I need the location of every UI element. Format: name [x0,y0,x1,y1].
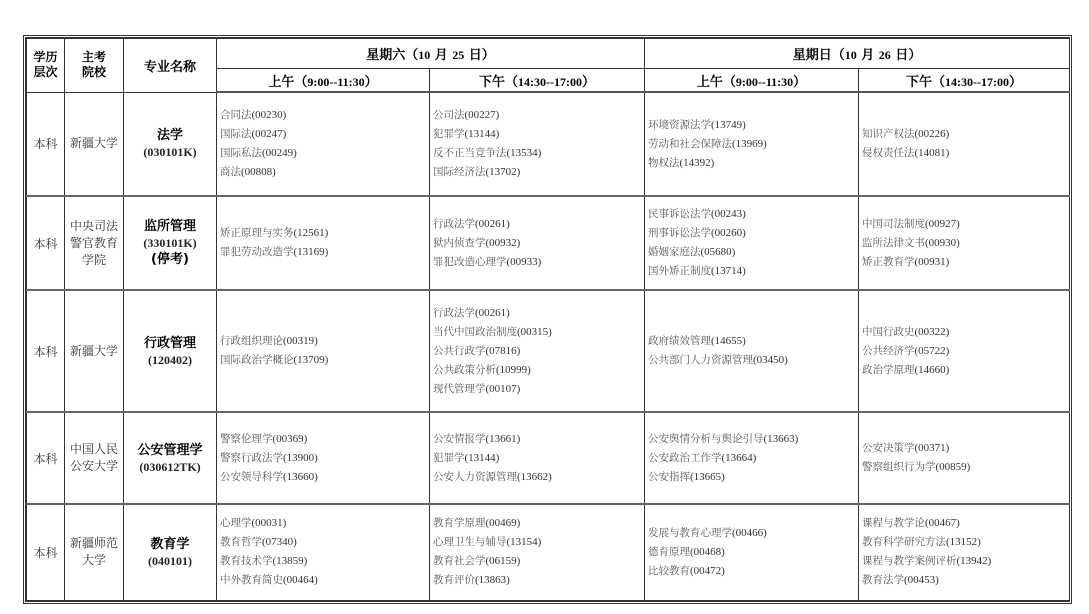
course-item: 公共经济学(05722) [862,342,1065,361]
course-item: 行政组织理论(00319) [220,332,425,351]
course-item: 中国司法制度(00927) [862,215,1065,234]
course-item: 民事诉讼法学(00243) [648,205,854,224]
sat-afternoon-courses: 教育学原理(00469) 心理卫生与辅导(13154) 教育社会学(06159)… [430,504,645,600]
sat-morning-courses: 合同法(00230) 国际法(00247) 国际私法(00249) 商法(008… [217,92,430,196]
course-item: 侵权责任法(14081) [862,144,1065,163]
course-item: 环境资源法学(13749) [648,116,854,135]
header-school: 主考 院校 [65,39,124,93]
course-item: 教育哲学(07340) [220,533,425,552]
course-item: 比较教育(00472) [648,562,854,581]
course-item: 国际经济法(13702) [433,163,640,182]
school-cell: 新疆大学 [65,290,124,412]
course-item: 国外矫正制度(13714) [648,262,854,281]
course-item: 矫正教育学(00931) [862,253,1065,272]
major-cell: 教育学 (040101) [124,504,217,600]
major-code: (030612TK) [124,459,216,475]
sun-afternoon-courses: 中国司法制度(00927) 监所法律文书(00930) 矫正教育学(00931) [859,196,1070,290]
level-cell: 本科 [27,412,65,504]
course-item: 公安舆情分析与舆论引导(13663) [648,430,854,449]
sat-morning-courses: 矫正原理与实务(12561) 罪犯劳动改造学(13169) [217,196,430,290]
course-item: 教育科学研究方法(13152) [862,533,1065,552]
course-item: 刑事诉讼法学(00260) [648,224,854,243]
course-item: 心理卫生与辅导(13154) [433,533,640,552]
header-sun-morning: 上午（9:00--11:30） [645,69,859,93]
major-cell: 行政管理 (120402) [124,290,217,412]
major-cell: 监所管理 (330101K) (停考) [124,196,217,290]
course-item: 罪犯改造心理学(00933) [433,253,640,272]
course-item: 政府绩效管理(14655) [648,332,854,351]
course-item: 国际私法(00249) [220,144,425,163]
header-sat-morning: 上午（9:00--11:30） [217,69,430,93]
course-item: 课程与教学论(00467) [862,514,1065,533]
sun-afternoon-courses: 中国行政史(00322) 公共经济学(05722) 政治学原理(14660) [859,290,1070,412]
course-item: 公安指挥(13665) [648,468,854,487]
course-item: 合同法(00230) [220,106,425,125]
course-item: 反不正当竞争法(13534) [433,144,640,163]
course-item: 当代中国政治制度(00315) [433,323,640,342]
sun-afternoon-courses: 知识产权法(00226) 侵权责任法(14081) [859,92,1070,196]
course-item: 心理学(00031) [220,514,425,533]
sat-morning-courses: 警察伦理学(00369) 警察行政法学(13900) 公安领导科学(13660) [217,412,430,504]
table-row: 本科 新疆师范 大学 教育学 (040101) 心理学(00031) 教育哲学(… [27,504,1070,600]
course-item: 物权法(14392) [648,154,854,173]
course-item: 警察行政法学(13900) [220,449,425,468]
sun-morning-courses: 环境资源法学(13749) 劳动和社会保障法(13969) 物权法(14392) [645,92,859,196]
course-item: 公安决策学(00371) [862,439,1065,458]
major-name: 监所管理 [124,218,216,235]
course-item: 矫正原理与实务(12561) [220,224,425,243]
course-item: 公安人力资源管理(13662) [433,468,640,487]
course-item: 知识产权法(00226) [862,125,1065,144]
course-item: 公安领导科学(13660) [220,468,425,487]
sat-afternoon-courses: 行政法学(00261) 当代中国政治制度(00315) 公共行政学(07816)… [430,290,645,412]
table-row: 本科 新疆大学 法学 (030101K) 合同法(00230) 国际法(0024… [27,92,1070,196]
major-code: (120402) [124,352,216,368]
course-item: 犯罪学(13144) [433,449,640,468]
course-item: 行政法学(00261) [433,215,640,234]
course-item: 监所法律文书(00930) [862,234,1065,253]
sat-morning-courses: 行政组织理论(00319) 国际政治学概论(13709) [217,290,430,412]
sun-morning-courses: 民事诉讼法学(00243) 刑事诉讼法学(00260) 婚姻家庭法(05680)… [645,196,859,290]
course-item: 公共行政学(07816) [433,342,640,361]
sun-afternoon-courses: 课程与教学论(00467) 教育科学研究方法(13152) 课程与教学案例评析(… [859,504,1070,600]
course-item: 课程与教学案例评析(13942) [862,552,1065,571]
header-level: 学历 层次 [27,39,65,93]
sat-afternoon-courses: 公司法(00227) 犯罪学(13144) 反不正当竞争法(13534) 国际经… [430,92,645,196]
major-cell: 公安管理学 (030612TK) [124,412,217,504]
header-day-sunday: 星期日（10 月 26 日） [645,39,1070,69]
major-code: (030101K) [124,144,216,160]
school-cell: 新疆师范 大学 [65,504,124,600]
header-major: 专业名称 [124,39,217,93]
schedule-body: 本科 新疆大学 法学 (030101K) 合同法(00230) 国际法(0024… [27,92,1070,600]
level-cell: 本科 [27,92,65,196]
table-row: 本科 新疆大学 行政管理 (120402) 行政组织理论(00319) 国际政治… [27,290,1070,412]
course-item: 公共政策分析(10999) [433,361,640,380]
course-item: 劳动和社会保障法(13969) [648,135,854,154]
header-day-saturday: 星期六（10 月 25 日） [217,39,645,69]
course-item: 教育法学(00453) [862,571,1065,590]
course-item: 教育技术学(13859) [220,552,425,571]
course-item: 公安政治工作学(13664) [648,449,854,468]
course-item: 商法(00808) [220,163,425,182]
sat-afternoon-courses: 行政法学(00261) 狱内侦查学(00932) 罪犯改造心理学(00933) [430,196,645,290]
course-item: 公共部门人力资源管理(03450) [648,351,854,370]
school-cell: 中国人民 公安大学 [65,412,124,504]
major-name: 法学 [124,127,216,144]
sun-morning-courses: 公安舆情分析与舆论引导(13663) 公安政治工作学(13664) 公安指挥(1… [645,412,859,504]
course-item: 发展与教育心理学(00466) [648,524,854,543]
major-name: 行政管理 [124,335,216,352]
school-cell: 新疆大学 [65,92,124,196]
major-cell: 法学 (030101K) [124,92,217,196]
exam-schedule-table-wrapper: 学历 层次 主考 院校 专业名称 星期六（10 月 25 日） 星期日（10 月… [23,35,1072,604]
sun-morning-courses: 政府绩效管理(14655) 公共部门人力资源管理(03450) [645,290,859,412]
course-item: 公安情报学(13661) [433,430,640,449]
course-item: 婚姻家庭法(05680) [648,243,854,262]
major-name: 教育学 [124,536,216,553]
course-item: 现代管理学(00107) [433,380,640,399]
major-note: (停考) [124,251,216,268]
school-cell: 中央司法 警官教育 学院 [65,196,124,290]
course-item: 国际政治学概论(13709) [220,351,425,370]
course-item: 教育评价(13863) [433,571,640,590]
course-item: 公司法(00227) [433,106,640,125]
sat-morning-courses: 心理学(00031) 教育哲学(07340) 教育技术学(13859) 中外教育… [217,504,430,600]
course-item: 德育原理(00468) [648,543,854,562]
table-row: 本科 中国人民 公安大学 公安管理学 (030612TK) 警察伦理学(0036… [27,412,1070,504]
course-item: 教育学原理(00469) [433,514,640,533]
sat-afternoon-courses: 公安情报学(13661) 犯罪学(13144) 公安人力资源管理(13662) [430,412,645,504]
course-item: 行政法学(00261) [433,304,640,323]
exam-schedule-table: 学历 层次 主考 院校 专业名称 星期六（10 月 25 日） 星期日（10 月… [26,38,1070,601]
major-code: (040101) [124,553,216,569]
course-item: 中国行政史(00322) [862,323,1065,342]
header-sat-afternoon: 下午（14:30--17:00） [430,69,645,93]
course-item: 罪犯劳动改造学(13169) [220,243,425,262]
table-row: 本科 中央司法 警官教育 学院 监所管理 (330101K) (停考) 矫正原理… [27,196,1070,290]
level-cell: 本科 [27,196,65,290]
course-item: 警察组织行为学(00859) [862,458,1065,477]
course-item: 政治学原理(14660) [862,361,1065,380]
sun-morning-courses: 发展与教育心理学(00466) 德育原理(00468) 比较教育(00472) [645,504,859,600]
major-name: 公安管理学 [124,442,216,459]
header-row-days: 学历 层次 主考 院校 专业名称 星期六（10 月 25 日） 星期日（10 月… [27,39,1070,69]
header-sun-afternoon: 下午（14:30--17:00） [859,69,1070,93]
level-cell: 本科 [27,504,65,600]
course-item: 国际法(00247) [220,125,425,144]
course-item: 警察伦理学(00369) [220,430,425,449]
sun-afternoon-courses: 公安决策学(00371) 警察组织行为学(00859) [859,412,1070,504]
course-item: 犯罪学(13144) [433,125,640,144]
major-code: (330101K) [124,235,216,251]
level-cell: 本科 [27,290,65,412]
course-item: 狱内侦查学(00932) [433,234,640,253]
course-item: 教育社会学(06159) [433,552,640,571]
course-item: 中外教育简史(00464) [220,571,425,590]
